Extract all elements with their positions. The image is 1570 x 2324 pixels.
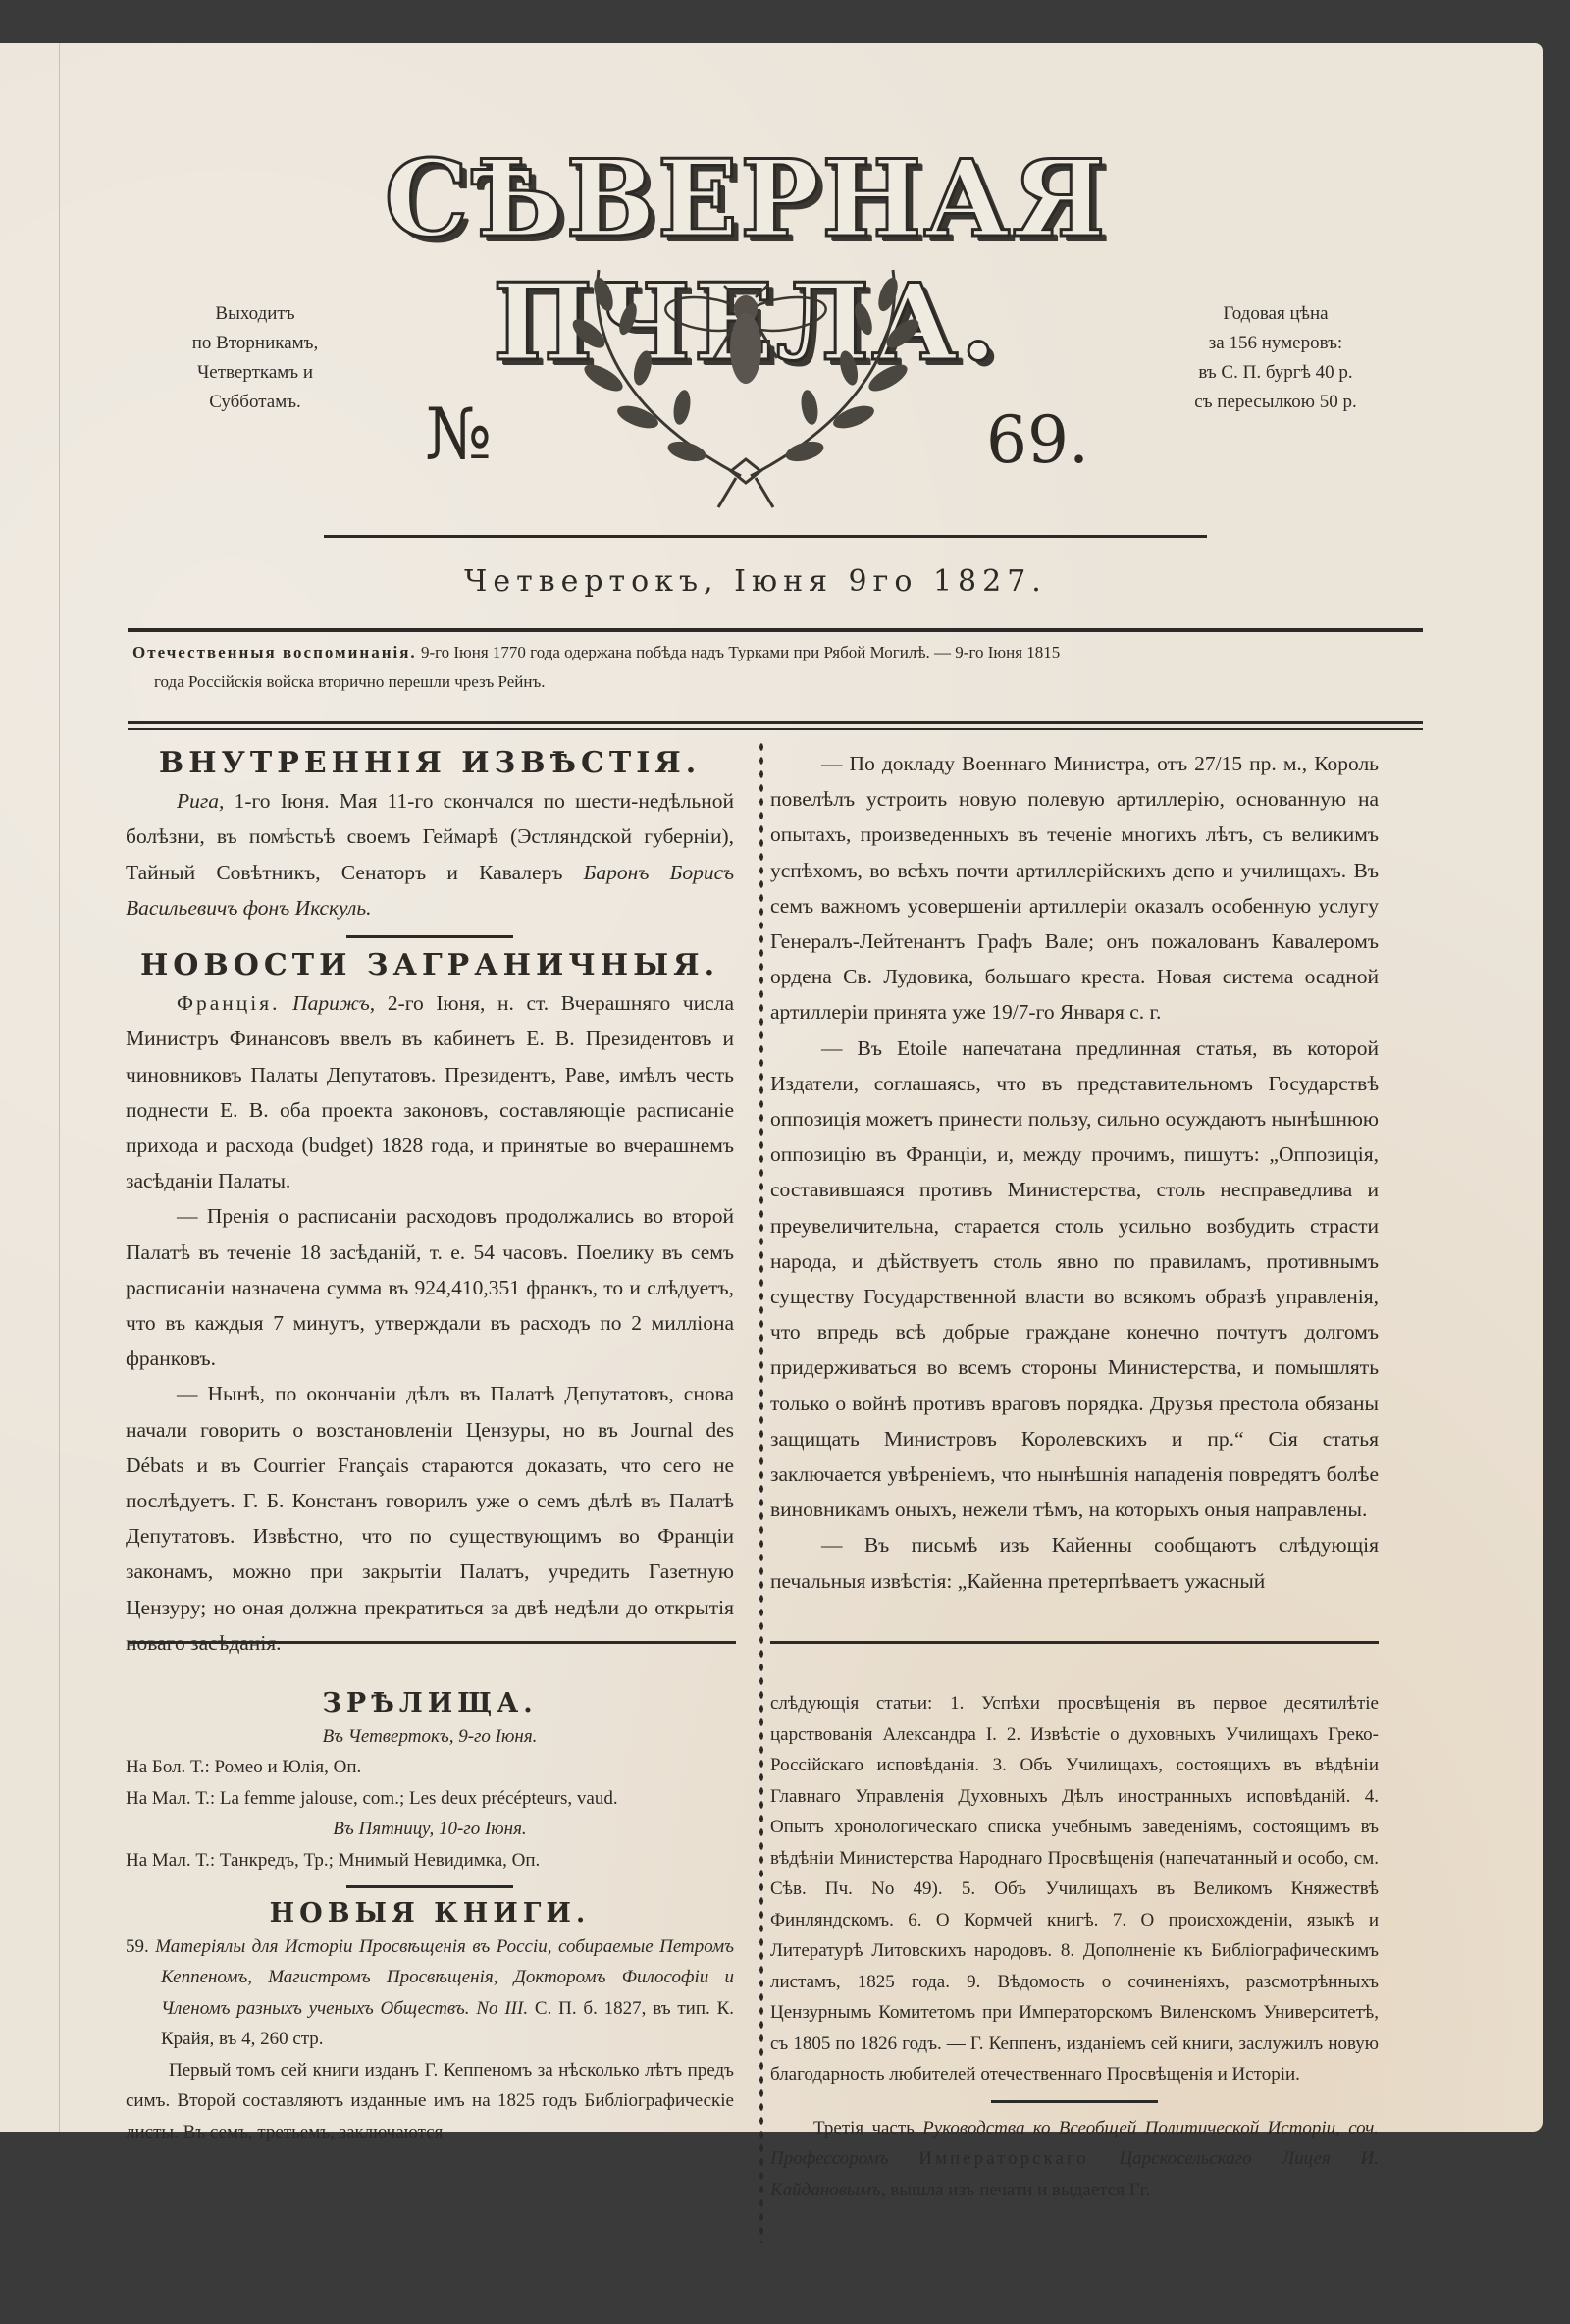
price-line: съ пересылкою 50 р. (1163, 388, 1388, 417)
book-review-continued: слѣдующія статьи: 1. Успѣхи просвѣщенія … (770, 1688, 1379, 2090)
book-entry: 59. Матеріялы для Исторіи Просвѣщенія въ… (126, 1931, 734, 2055)
lower-right-column: слѣдующія статьи: 1. Успѣхи просвѣщенія … (770, 1688, 1379, 2205)
section-double-rule (128, 728, 1423, 730)
schedule-line: по Вторникамъ, (162, 329, 348, 358)
section-title-foreign: НОВОСТИ ЗАГРАНИЧНЫЯ. (126, 948, 734, 983)
lower-rule-left (128, 1641, 736, 1644)
price-line: Годовая цѣна (1163, 299, 1388, 329)
short-rule (346, 1885, 513, 1888)
memorial-note: Отечественныя воспоминанія. 9-го Іюня 17… (132, 638, 1418, 697)
theatre-day-friday: Въ Пятницу, 10-го Іюня. (126, 1814, 734, 1845)
section-title-new-books: НОВЫЯ КНИГИ. (126, 1898, 734, 1929)
theatre-listing: На Мал. Т.: La femme jalouse, com.; Les … (126, 1783, 734, 1815)
play-title: La femme jalouse, com.; Les deux précépt… (220, 1788, 618, 1809)
theatre-day-thursday: Въ Четвертокъ, 9-го Іюня. (126, 1721, 734, 1753)
entry-number: 59. (126, 1936, 149, 1957)
bee-wreath-icon (559, 250, 932, 510)
theatre-label: На Мал. Т.: (126, 1850, 215, 1871)
place-name: Парижъ, (292, 991, 375, 1015)
numero-sign: № (425, 393, 492, 475)
article-artillery: — По докладу Военнаго Министра, отъ 27/1… (770, 746, 1379, 1030)
memorial-text: 9-го Іюня 1770 года одержана побѣда надъ… (421, 643, 1060, 661)
memorial-text: года Россійскія войска вторично перешли … (132, 667, 1418, 697)
section-title-theatre: ЗРѢЛИЩА. (126, 1688, 734, 1719)
publication-schedule: Выходитъ по Вторникамъ, Четверткамъ и Су… (162, 299, 348, 417)
play-title: Танкредъ, Тр.; Мнимый Невидимка, Оп. (220, 1850, 540, 1871)
schedule-line: Субботамъ. (162, 388, 348, 417)
book-review: Первый томъ сей книги изданъ Г. Кеппеном… (126, 2055, 734, 2148)
notice-text: Императорскаго (918, 2148, 1088, 2169)
short-rule (991, 2100, 1158, 2103)
article-paris: Франція. Парижъ, 2-го Іюня, н. ст. Вчера… (126, 985, 734, 1198)
left-column: ВНУТРЕННІЯ ИЗВѢСТІЯ. Рига, 1-го Іюня. Ма… (126, 746, 734, 1661)
theatre-listing: На Бол. Т.: Ромео и Юлія, Оп. (126, 1752, 734, 1783)
memorial-lead: Отечественныя воспоминанія. (132, 643, 417, 661)
article-censorship: — Нынѣ, по окончаніи дѣлъ въ Палатѣ Депу… (126, 1376, 734, 1661)
short-rule (346, 935, 513, 938)
theatre-label: На Бол. Т.: (126, 1757, 210, 1777)
notice-text: вышла изъ печати и выдается Гг. (890, 2180, 1150, 2200)
issue-number: 69. (986, 402, 1089, 478)
price-line: въ С. П. бургѣ 40 р. (1163, 358, 1388, 388)
lower-rule-right (770, 1641, 1379, 1644)
subscription-price: Годовая цѣна за 156 нумеровъ: въ С. П. б… (1163, 299, 1388, 417)
article-etoile: — Въ Etoile напечатана предлинная статья… (770, 1030, 1379, 1528)
theatre-listing: На Мал. Т.: Танкредъ, Тр.; Мнимый Невиди… (126, 1845, 734, 1876)
price-line: за 156 нумеровъ: (1163, 329, 1388, 358)
section-double-rule (128, 721, 1423, 724)
masthead-rule (324, 535, 1207, 538)
place-name: Рига, (177, 789, 224, 813)
notice-text: Третія часть (813, 2118, 915, 2139)
schedule-line: Выходитъ (162, 299, 348, 329)
right-column: — По докладу Военнаго Министра, отъ 27/1… (770, 746, 1379, 1599)
lower-left-column: ЗРѢЛИЩА. Въ Четвертокъ, 9-го Іюня. На Бо… (126, 1688, 734, 2147)
date-rule (128, 628, 1423, 632)
article-riga: Рига, 1-го Іюня. Мая 11-го скончался по … (126, 783, 734, 925)
article-cayenne: — Въ письмѣ изъ Кайенны сообщаютъ слѣдую… (770, 1527, 1379, 1598)
section-title-domestic: ВНУТРЕННІЯ ИЗВѢСТІЯ. (126, 746, 734, 781)
column-divider (758, 741, 765, 2243)
article-text: 2-го Іюня, н. ст. Вчерашняго числа Минис… (126, 991, 734, 1192)
theatre-label: На Мал. Т.: (126, 1788, 215, 1809)
article-budget: — Пренія о расписаніи расходовъ продолжа… (126, 1198, 734, 1376)
binding-gutter-line (59, 43, 60, 2132)
schedule-line: Четверткамъ и (162, 358, 348, 388)
issue-date: Четвертокъ, Іюня 9го 1827. (265, 564, 1246, 599)
country-label: Франція. (177, 991, 281, 1015)
kaidanov-notice: Третія часть Руководства ко Всеобщей Пол… (770, 2113, 1379, 2206)
play-title: Ромео и Юлія, Оп. (215, 1757, 362, 1777)
